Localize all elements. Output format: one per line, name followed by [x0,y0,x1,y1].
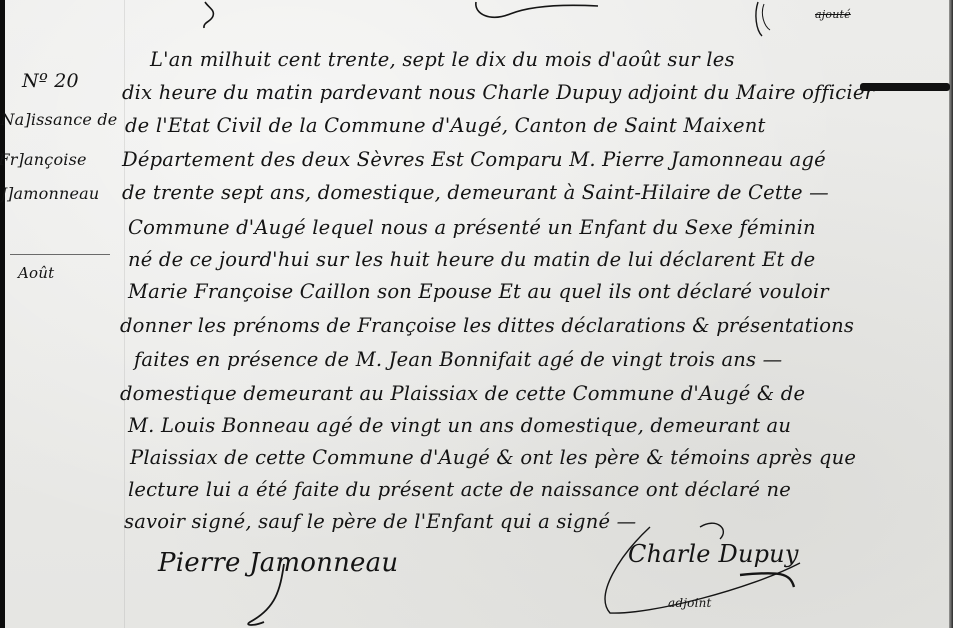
text-line-7: né de ce jourd'hui sur les huit heure du… [128,250,815,270]
margin-separator [10,254,110,255]
text-line-9: donner les prénoms de Françoise les ditt… [120,316,854,336]
text-line-3: de l'Etat Civil de la Commune d'Augé, Ca… [125,116,766,136]
margin-title-line-1: [Na]issance de [0,112,117,128]
struck-insertion: ajouté [815,8,851,21]
text-line-14: lecture lui a été faite du présent acte … [128,480,791,500]
scan-left-border [0,0,5,628]
entry-number: Nº 20 [22,72,79,91]
margin-surname: [J]amonneau [0,186,99,202]
margin-given-name: [Fr]ançoise [0,152,87,168]
text-line-6: Commune d'Augé lequel nous a présenté un… [128,218,816,238]
signature-flourish-icon [240,560,320,628]
scan-right-border [949,0,953,628]
text-line-2: dix heure du matin pardevant nous Charle… [122,83,874,103]
text-line-11: domestique demeurant au Plaissiax de cet… [120,384,805,404]
officer-role: adjoint [668,596,712,610]
text-line-5: de trente sept ans, domestique, demeuran… [122,183,829,203]
text-line-15: savoir signé, sauf le père de l'Enfant q… [124,512,636,532]
text-line-1: L'an milhuit cent trente, sept le dix du… [150,50,735,70]
top-right-flourish-icon [470,0,600,26]
margin-month: Août [18,266,54,281]
top-flourish-icon [195,0,225,40]
text-line-4: Département des deux Sèvres Est Comparu … [122,150,826,170]
text-line-13: Plaissiax de cette Commune d'Augé & ont … [130,448,856,468]
ink-strike-through [860,83,950,91]
officer-paraph-icon [590,515,850,628]
text-line-10: faites en présence de M. Jean Bonnifait … [134,350,782,370]
text-line-8: Marie Françoise Caillon son Epouse Et au… [128,282,829,302]
register-page: Nº 20 [Na]issance de [Fr]ançoise [J]amon… [0,0,953,628]
pen-stroke-icon [740,0,780,40]
text-line-12: M. Louis Bonneau agé de vingt un ans dom… [128,416,791,436]
